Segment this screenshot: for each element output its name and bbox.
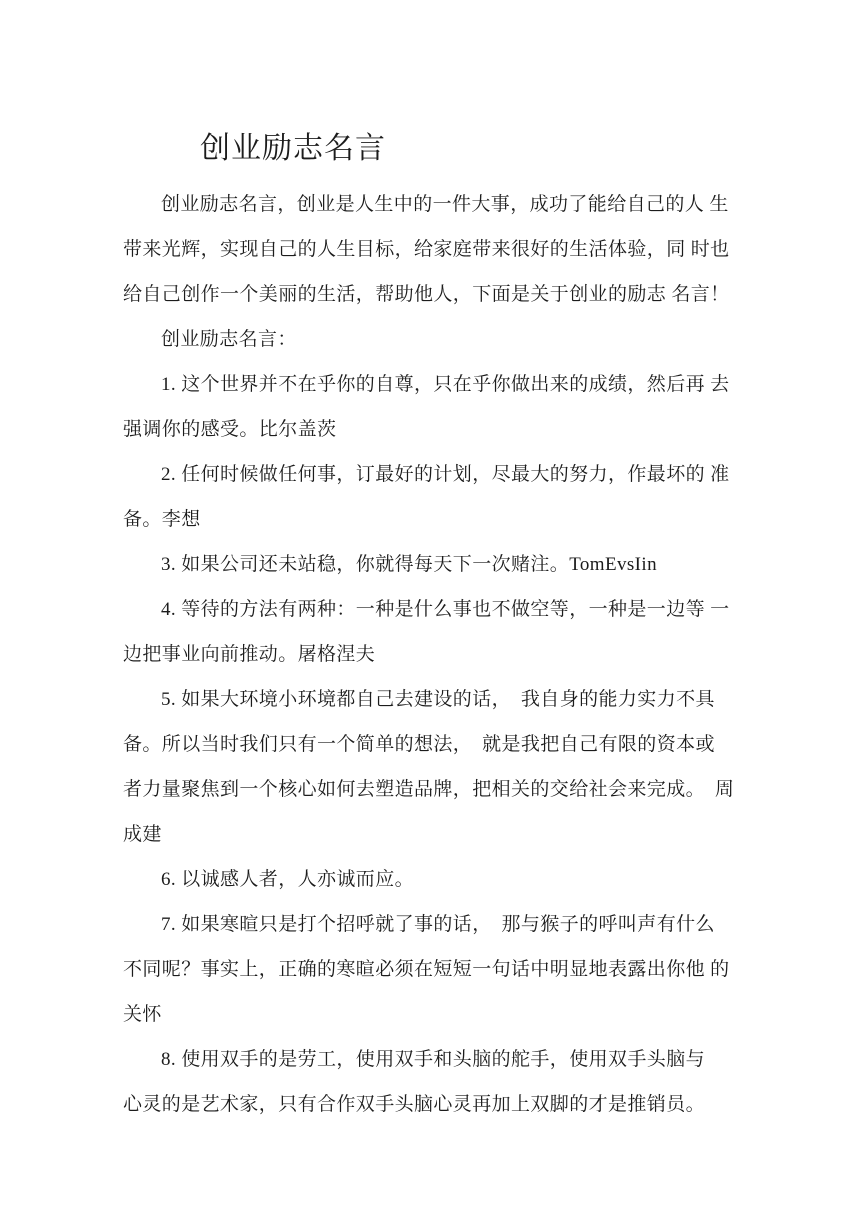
text-line: 备。李想 [123, 497, 737, 542]
text-line: 5. 如果大环境小环境都自己去建设的话， 我自身的能力实力不具 [123, 677, 737, 722]
text-line: 创业励志名言： [123, 317, 737, 362]
text-line: 4. 等待的方法有两种：一种是什么事也不做空等，一种是一边等 一 [123, 587, 737, 632]
text-line: 1. 这个世界并不在乎你的自尊，只在乎你做出来的成绩，然后再 去 [123, 362, 737, 407]
page-title: 创业励志名言 [200, 128, 860, 170]
text-line: 成建 [123, 812, 737, 857]
text-line: 创业励志名言，创业是人生中的一件大事，成功了能给自己的人 生 [123, 182, 737, 227]
document-page: 创业励志名言 创业励志名言，创业是人生中的一件大事，成功了能给自己的人 生 带来… [0, 0, 860, 1218]
text-line: 强调你的感受。比尔盖茨 [123, 407, 737, 452]
text-line: 者力量聚焦到一个核心如何去塑造品牌，把相关的交给社会来完成。 周 [123, 767, 737, 812]
text-line: 6. 以诚感人者，人亦诚而应。 [123, 857, 737, 902]
text-line: 8. 使用双手的是劳工，使用双手和头脑的舵手，使用双手头脑与 [123, 1037, 737, 1082]
text-line: 7. 如果寒暄只是打个招呼就了事的话， 那与猴子的呼叫声有什么 [123, 902, 737, 947]
text-line: 边把事业向前推动。屠格涅夫 [123, 632, 737, 677]
text-line: 带来光辉，实现自己的人生目标，给家庭带来很好的生活体验，同 时也 [123, 227, 737, 272]
text-line: 3. 如果公司还未站稳，你就得每天下一次赌注。TomEvsIin [123, 542, 737, 587]
text-line: 关怀 [123, 992, 737, 1037]
text-line: 不同呢？事实上，正确的寒暄必须在短短一句话中明显地表露出你他 的 [123, 947, 737, 992]
document-body: 创业励志名言，创业是人生中的一件大事，成功了能给自己的人 生 带来光辉，实现自己… [0, 182, 737, 1127]
text-line: 给自己创作一个美丽的生活，帮助他人，下面是关于创业的励志 名言！ [123, 272, 737, 317]
text-line: 备。所以当时我们只有一个简单的想法， 就是我把自己有限的资本或 [123, 722, 737, 767]
text-line: 2. 任何时候做任何事，订最好的计划，尽最大的努力，作最坏的 准 [123, 452, 737, 497]
text-line: 心灵的是艺术家，只有合作双手头脑心灵再加上双脚的才是推销员。 [123, 1082, 737, 1127]
